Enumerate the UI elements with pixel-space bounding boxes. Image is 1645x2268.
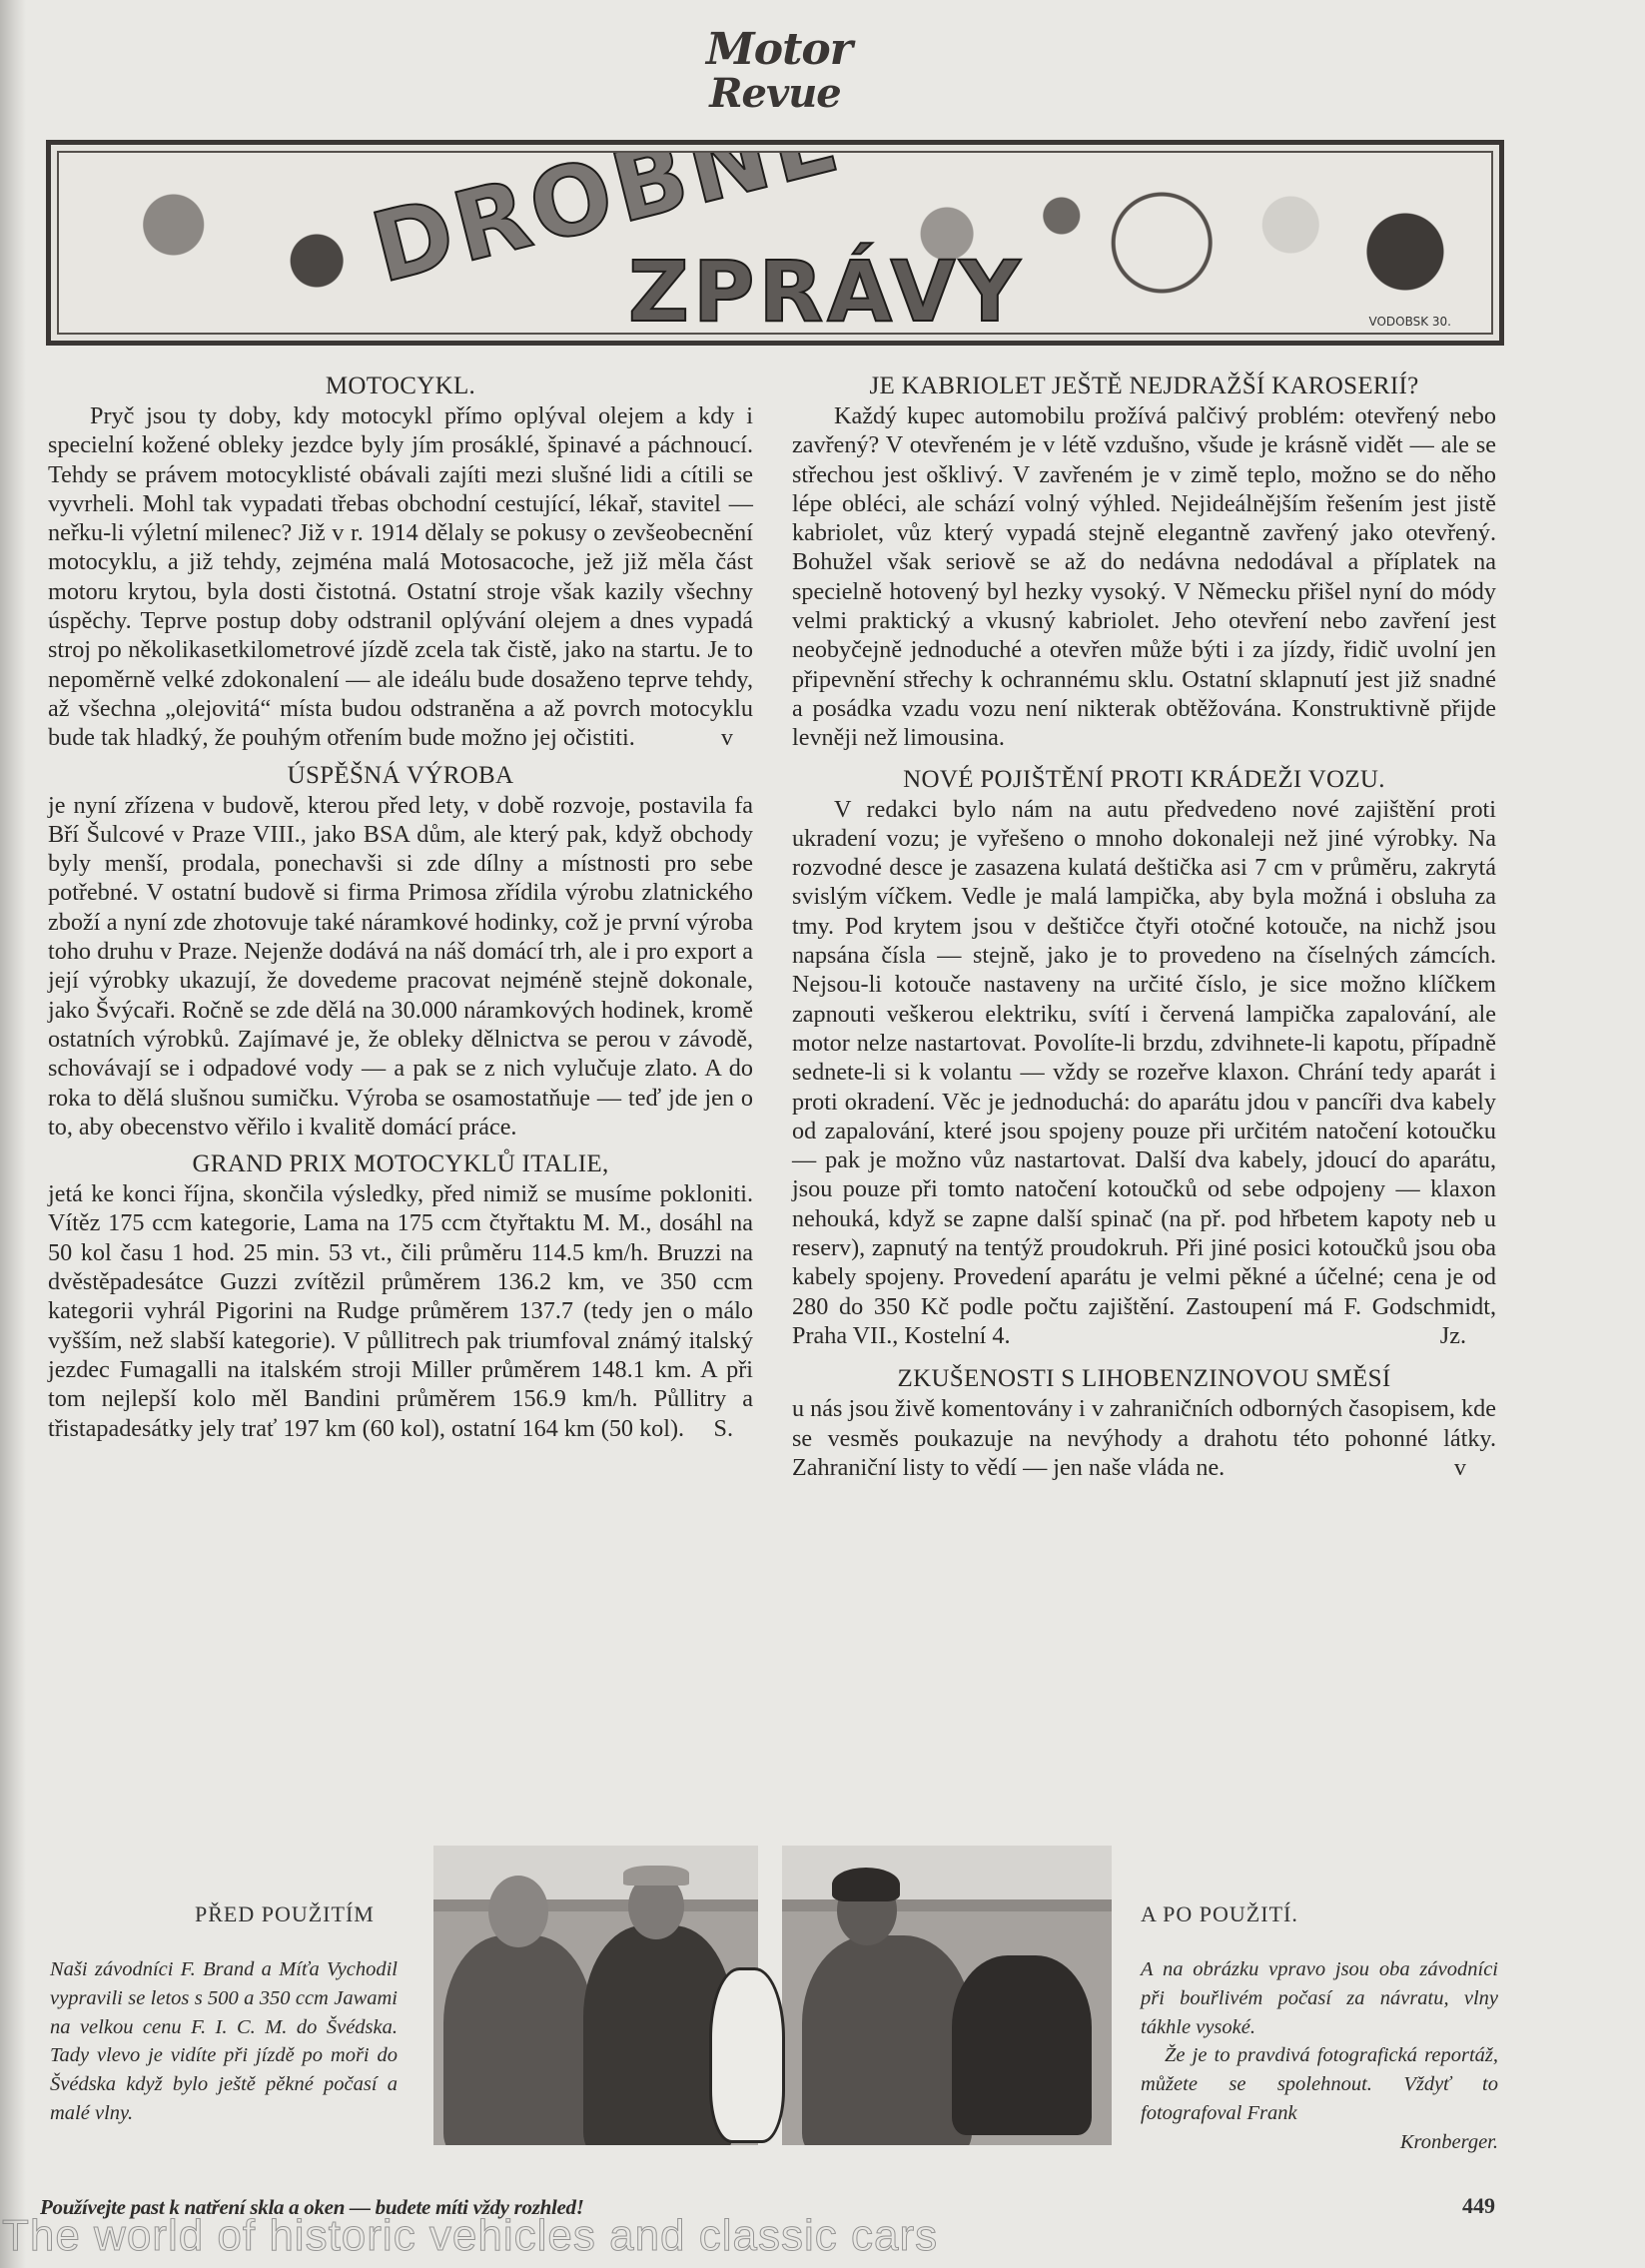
article-body: V redakci bylo nám na autu předvedeno no… — [792, 795, 1496, 1351]
article-heading: MOTOCYKL. — [48, 372, 753, 401]
right-caption-title: A PO POUŽITÍ. — [1141, 1901, 1298, 1927]
page-number: 449 — [1462, 2193, 1495, 2219]
right-column: JE KABRIOLET JEŠTĚ NEJDRAŽŠÍ KAROSERIÍ? … — [792, 372, 1496, 1482]
left-caption-title: PŘED POUŽITÍM — [195, 1901, 375, 1927]
section-banner-illustration: DROBNÉ ZPRÁVY VODOBSK 30. — [46, 140, 1504, 346]
article-grand-prix-italie: GRAND PRIX MOTOCYKLŮ ITALIE, jetá ke kon… — [48, 1149, 753, 1443]
article-body-text: u nás jsou živě komentovány i v zahranič… — [792, 1395, 1496, 1481]
photo-feature: PŘED POUŽITÍM Naši závodníci F. Brand a … — [0, 1838, 1645, 2157]
article-lihobenzinova-smes: ZKUŠENOSTI S LIHOBENZINOVOU SMĚSÍ u nás … — [792, 1364, 1496, 1482]
article-heading: JE KABRIOLET JEŠTĚ NEJDRAŽŠÍ KAROSERIÍ? — [792, 372, 1496, 401]
article-motocykl: MOTOCYKL. Pryč jsou ty doby, kdy motocyk… — [48, 372, 753, 753]
article-uspesna-vyroba: ÚSPĚŠNÁ VÝROBA je nyní zřízena v budově,… — [48, 761, 753, 1142]
article-signature: S. — [714, 1414, 734, 1443]
right-caption-text: A na obrázku vpravo jsou oba závodníci p… — [1141, 1955, 1498, 2157]
article-heading: NOVÉ POJIŠTĚNÍ PROTI KRÁDEŽI VOZU. — [792, 765, 1496, 795]
article-body-text: jetá ke konci října, skončila výsledky, … — [48, 1180, 753, 1441]
article-body: Každý kupec automobilu prožívá palčivý p… — [792, 401, 1496, 753]
article-heading: ÚSPĚŠNÁ VÝROBA — [48, 761, 753, 791]
left-caption-text: Naši závodníci F. Brand a Míťa Vychodil … — [50, 1955, 398, 2128]
photo-after — [782, 1846, 1112, 2145]
motorcycle-rider-sketch — [709, 1967, 785, 2143]
site-watermark: The world of historic vehicles and class… — [2, 2211, 938, 2261]
masthead-line-1: Motor — [689, 28, 869, 72]
banner-title-word-2: ZPRÁVY — [628, 243, 1024, 335]
article-body: je nyní zřízena v budově, kterou před le… — [48, 791, 753, 1142]
article-signature: v — [1454, 1453, 1466, 1482]
article-body: jetá ke konci října, skončila výsledky, … — [48, 1179, 753, 1443]
magazine-masthead: Motor Revue — [689, 28, 869, 116]
article-heading: GRAND PRIX MOTOCYKLŮ ITALIE, — [48, 1149, 753, 1179]
article-body: Pryč jsou ty doby, kdy motocykl přímo op… — [48, 401, 753, 753]
masthead-line-2: Revue — [681, 72, 869, 116]
article-heading: ZKUŠENOSTI S LIHOBENZINOVOU SMĚSÍ — [792, 1364, 1496, 1394]
right-caption-paragraph-2: Že je to pravdivá fotografická reportáž,… — [1141, 2041, 1498, 2127]
article-body-text: V redakci bylo nám na autu předvedeno no… — [792, 796, 1496, 1349]
article-signature: v — [679, 723, 733, 752]
article-body: u nás jsou živě komentovány i v zahranič… — [792, 1394, 1496, 1482]
article-pojisteni-proti-kradezi: NOVÉ POJIŠTĚNÍ PROTI KRÁDEŽI VOZU. V red… — [792, 765, 1496, 1351]
banner-artwork: DROBNÉ ZPRÁVY VODOBSK 30. — [57, 151, 1493, 335]
photographer-name: Kronberger. — [1141, 2128, 1498, 2157]
article-body-text: Pryč jsou ty doby, kdy motocykl přímo op… — [48, 402, 753, 751]
right-caption-paragraph-1: A na obrázku vpravo jsou oba závodníci p… — [1141, 1958, 1498, 2038]
article-signature: Jz. — [1398, 1321, 1466, 1350]
left-column: MOTOCYKL. Pryč jsou ty doby, kdy motocyk… — [48, 372, 753, 1443]
artist-signature: VODOBSK 30. — [1368, 315, 1451, 329]
article-kabriolet: JE KABRIOLET JEŠTĚ NEJDRAŽŠÍ KAROSERIÍ? … — [792, 372, 1496, 753]
